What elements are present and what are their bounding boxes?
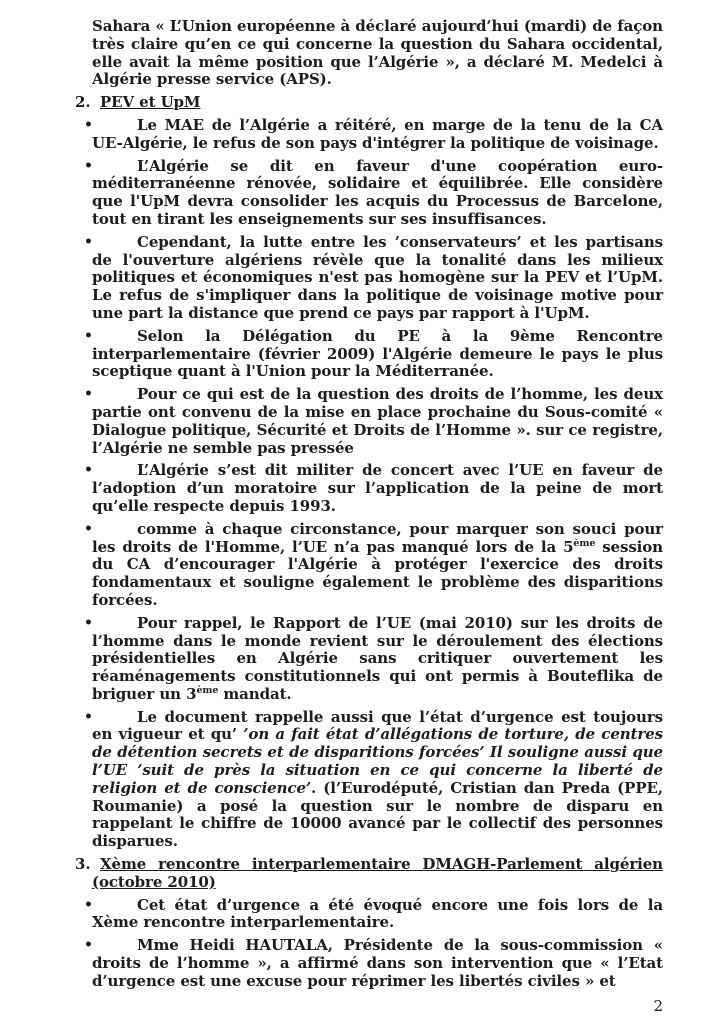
section-3-bullet-list: •Cet état d’urgence a été évoqué encore … <box>75 897 663 991</box>
list-item-text: Pour rappel, le Rapport de l’UE (mai 201… <box>92 614 663 703</box>
list-item: •L’Algérie s’est dit militer de concert … <box>92 462 663 515</box>
list-item: •comme à chaque circonstance, pour marqu… <box>92 521 663 610</box>
intro-paragraph: Sahara « L’Union européenne à déclaré au… <box>92 18 663 89</box>
list-item-text: Selon la Délégation du PE à la 9ème Renc… <box>92 327 663 381</box>
list-item: •Mme Heidi HAUTALA, Présidente de la sou… <box>92 937 663 990</box>
list-item-text: comme à chaque circonstance, pour marque… <box>92 520 663 609</box>
page-number: 2 <box>75 998 663 1016</box>
section-3-heading: 3.Xème rencontre interparlementaire DMAG… <box>75 856 663 892</box>
section-2-bullet-list: •Le MAE de l’Algérie a réitéré, en marge… <box>75 117 663 851</box>
list-item-text: Pour ce qui est de la question des droit… <box>92 385 663 456</box>
bullet-icon: • <box>84 897 93 915</box>
list-item-text: L’Algérie se dit en faveur d'une coopéra… <box>92 157 663 228</box>
list-item: •Le MAE de l’Algérie a réitéré, en marge… <box>92 117 663 153</box>
section-2-number: 2. <box>75 94 100 112</box>
list-item-text: Le document rappelle aussi que l’état d’… <box>92 708 663 851</box>
list-item: •Selon la Délégation du PE à la 9ème Ren… <box>92 328 663 381</box>
bullet-icon: • <box>84 462 93 480</box>
bullet-icon: • <box>84 328 93 346</box>
list-item: •L’Algérie se dit en faveur d'une coopér… <box>92 158 663 229</box>
list-item: •Cet état d’urgence a été évoqué encore … <box>92 897 663 933</box>
list-item-text: Mme Heidi HAUTALA, Présidente de la sous… <box>92 936 663 990</box>
list-item: •Le document rappelle aussi que l’état d… <box>92 709 663 851</box>
list-item: •Cependant, la lutte entre les ’conserva… <box>92 234 663 323</box>
bullet-icon: • <box>84 117 93 135</box>
section-2-title: PEV et UpM <box>100 93 200 111</box>
bullet-icon: • <box>84 709 93 727</box>
section-3-title: Xème rencontre interparlementaire DMAGH-… <box>92 855 663 891</box>
bullet-icon: • <box>84 386 93 404</box>
section-3-number: 3. <box>75 856 100 874</box>
bullet-icon: • <box>84 937 93 955</box>
list-item: •Pour rappel, le Rapport de l’UE (mai 20… <box>92 615 663 704</box>
bullet-icon: • <box>84 521 93 539</box>
list-item-text: Cet état d’urgence a été évoqué encore u… <box>92 896 663 932</box>
bullet-icon: • <box>84 158 93 176</box>
list-item: •Pour ce qui est de la question des droi… <box>92 386 663 457</box>
list-item-text: L’Algérie s’est dit militer de concert a… <box>92 461 663 515</box>
bullet-icon: • <box>84 234 93 252</box>
bullet-icon: • <box>84 615 93 633</box>
list-item-text: Le MAE de l’Algérie a réitéré, en marge … <box>92 116 663 152</box>
list-item-text: Cependant, la lutte entre les ’conservat… <box>92 233 663 322</box>
document-page: Sahara « L’Union européenne à déclaré au… <box>0 0 724 1024</box>
section-2-heading: 2.PEV et UpM <box>75 94 663 112</box>
